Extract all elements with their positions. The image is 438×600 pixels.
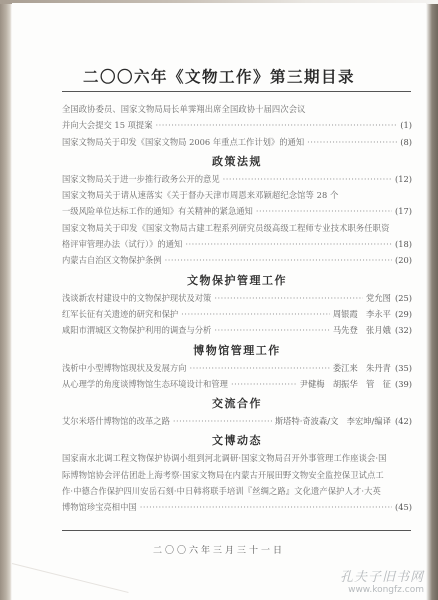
leader-dots xyxy=(256,203,392,219)
page-number: (17) xyxy=(395,203,412,219)
entry-title: 浅析中小型博物馆现状及发展方向 xyxy=(62,360,186,376)
page-number: (18) xyxy=(395,236,412,252)
page-number: (8) xyxy=(400,134,412,150)
toc-entry[interactable]: 国家文物局关于进一步推行政务公开的意见(12) xyxy=(62,171,412,187)
leader-dots xyxy=(165,252,392,268)
entry-title: 格评审管理办法（试行）》的通知 xyxy=(62,236,182,252)
toc-entry-line: 作·中德合作保护四川安岳石刻·中日韩将联手培训『丝绸之路』文化遗产保护人才·大英 xyxy=(62,483,412,499)
entry-author: 马先登 张月娥 xyxy=(333,322,391,338)
toc-entry[interactable]: 浅谈新农村建设中的文物保护现状及对策党允图(25) xyxy=(62,290,412,306)
section-heading: 博物馆管理工作 xyxy=(62,341,412,360)
toc-entry[interactable]: 博物馆珍宝亮相中国(45) xyxy=(62,499,412,515)
watermark: 孔夫子旧书网 www.kongfz.com xyxy=(340,566,424,595)
entry-title: 国家文物局关于印发《国家文物局 2006 年重点工作计划》的通知 xyxy=(62,134,304,150)
page-number: (32) xyxy=(395,322,412,338)
watermark-cn: 孔夫子旧书网 xyxy=(340,566,424,585)
toc-entry[interactable]: 咸阳市渭城区文物保护利用的调查与分析马先登 张月娥(32) xyxy=(62,322,412,338)
page-number: (42) xyxy=(395,413,412,429)
leader-dots xyxy=(307,134,397,150)
toc-entry-line: 国家南水北调工程文物保护协调小组到河北调研·国家文物局召开外事管理工作座谈会·国 xyxy=(62,450,412,466)
table-of-contents: 全国政协委员、国家文物局局长单霁翔出席全国政协十届四次会议并向大会提交 15 项… xyxy=(62,101,412,516)
entry-title: 一级风险单位达标工作的通知》有关精神的紧急通知 xyxy=(62,203,253,219)
entry-author: 斯塔特·奇波森/文 李宏坤/编译 xyxy=(275,413,391,429)
entry-author: 周银霞 李永平 xyxy=(333,306,391,322)
leader-dots xyxy=(189,360,329,376)
section-heading: 政策法规 xyxy=(62,152,412,171)
page-title: 二〇〇六年《文物工作》第三期目录 xyxy=(12,65,426,87)
leader-dots xyxy=(156,117,398,133)
leader-dots xyxy=(140,499,392,515)
toc-entry[interactable]: 并向大会提交 15 项提案(1) xyxy=(62,117,412,133)
leader-dots xyxy=(185,236,392,252)
page-number: (35) xyxy=(395,360,412,376)
footer-divider xyxy=(62,530,411,531)
entry-title: 咸阳市渭城区文物保护利用的调查与分析 xyxy=(62,322,211,338)
publication-date: 二〇〇六年三月三十一日 xyxy=(12,543,426,556)
page-number: (45) xyxy=(395,499,412,515)
document-page: 二〇〇六年《文物工作》第三期目录 全国政协委员、国家文物局局长单霁翔出席全国政协… xyxy=(12,3,426,600)
entry-author: 党允图 xyxy=(366,290,391,306)
toc-entry[interactable]: 从心理学的角度谈博物馆生态环境设计和管理尹健梅 胡振华 管 征(39) xyxy=(62,376,412,392)
entry-title: 红军长征有关遗迹的研究和保护 xyxy=(62,306,178,322)
toc-entry[interactable]: 格评审管理办法（试行）》的通知(18) xyxy=(62,236,412,252)
leader-dots xyxy=(214,290,363,306)
entry-title: 浅谈新农村建设中的文物保护现状及对策 xyxy=(62,290,211,306)
toc-entry[interactable]: 浅析中小型博物馆现状及发展方向娄江来 朱丹青(35) xyxy=(62,360,412,376)
leader-dots xyxy=(214,322,330,338)
entry-title: 内蒙古自治区文物保护条例 xyxy=(62,252,162,268)
leader-dots xyxy=(223,171,392,187)
page-number: (1) xyxy=(400,117,412,133)
toc-entry[interactable]: 国家文物局关于印发《国家文物局 2006 年重点工作计划》的通知(8) xyxy=(62,134,412,150)
leader-dots xyxy=(231,376,297,392)
toc-entry-line: 国家文物局关于印发《国家文物局古建工程系列研究员级高级工程师专业技术职务任职资 xyxy=(62,220,412,236)
section-heading: 文博动态 xyxy=(62,431,412,450)
toc-entry[interactable]: 艾尔米塔什博物馆的改革之路斯塔特·奇波森/文 李宏坤/编译(42) xyxy=(62,413,412,429)
leader-dots xyxy=(173,413,272,429)
leader-dots xyxy=(181,306,330,322)
toc-entry[interactable]: 一级风险单位达标工作的通知》有关精神的紧急通知(17) xyxy=(62,203,412,219)
toc-entry[interactable]: 红军长征有关遗迹的研究和保护周银霞 李永平(29) xyxy=(62,306,412,322)
entry-title: 并向大会提交 15 项提案 xyxy=(62,117,153,133)
page-number: (29) xyxy=(395,306,412,322)
section-heading: 文物保护管理工作 xyxy=(62,271,412,290)
entry-title: 博物馆珍宝亮相中国 xyxy=(62,499,137,515)
page-number: (39) xyxy=(395,376,412,392)
toc-entry-line: 全国政协委员、国家文物局局长单霁翔出席全国政协十届四次会议 xyxy=(62,101,412,117)
page-number: (12) xyxy=(395,171,412,187)
entry-title: 国家文物局关于进一步推行政务公开的意见 xyxy=(62,171,220,187)
toc-entry-line: 国家文物局关于请从速落实《关于督办天津市周恩来邓颖超纪念馆等 28 个 xyxy=(62,187,412,203)
paper-fold-mark xyxy=(12,563,129,593)
scanned-page: 二〇〇六年《文物工作》第三期目录 全国政协委员、国家文物局局长单霁翔出席全国政协… xyxy=(0,0,438,600)
section-heading: 交流合作 xyxy=(62,394,412,413)
page-number: (25) xyxy=(395,290,412,306)
entry-title: 从心理学的角度谈博物馆生态环境设计和管理 xyxy=(62,376,228,392)
toc-entry-line: 际博物馆协会评估团赴上海考察·国家文物局在内蒙古开展田野文物安全监控保卫试点工 xyxy=(62,467,412,483)
toc-entry[interactable]: 内蒙古自治区文物保护条例(20) xyxy=(62,252,412,268)
entry-title: 艾尔米塔什博物馆的改革之路 xyxy=(62,413,170,429)
page-number: (20) xyxy=(395,252,412,268)
entry-author: 尹健梅 胡振华 管 征 xyxy=(300,376,391,392)
entry-author: 娄江来 朱丹青 xyxy=(333,360,391,376)
title-divider xyxy=(62,91,411,92)
watermark-url: www.kongfz.com xyxy=(340,585,424,595)
